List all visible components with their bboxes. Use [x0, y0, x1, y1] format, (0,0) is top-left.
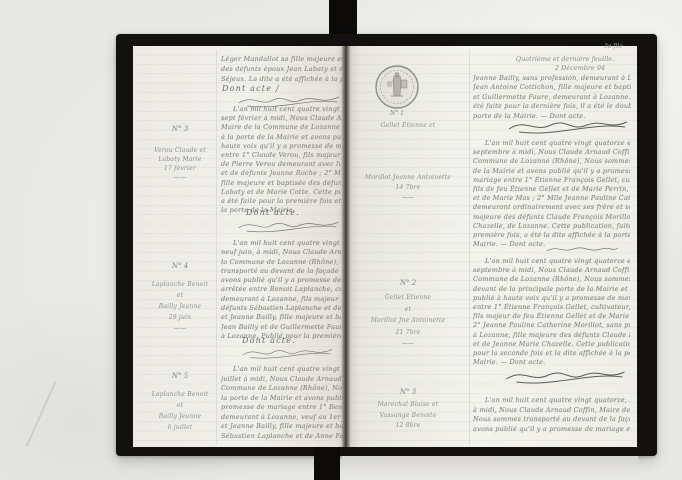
handwritten-line: Commune de Lozanne (Rhône), Nous sommes …: [473, 275, 630, 284]
handwritten-line: Chazelle, de Lozanne. Cette publication,…: [473, 222, 630, 231]
register-entry-text: L'an mil huit cent quatre vingt quatorze…: [221, 365, 343, 441]
handwritten-line: à Lozanne, fille majeure des défunts Cla…: [473, 331, 630, 340]
handwritten-line: à la porte de la Mairie et avons publié …: [221, 133, 341, 142]
entry-number: N° 2: [352, 279, 464, 287]
closing-dont-acte: Dont acte.: [246, 208, 300, 217]
handwritten-line: fils de feu Étienne Gellet et de Marie P…: [473, 185, 630, 194]
folio-note: 3e flle: [604, 43, 623, 50]
entry-number: N° 4: [138, 262, 222, 270]
handwritten-line: entre 1° Claude Verou, fils majeur et ba…: [221, 151, 341, 160]
handwritten-line: et: [352, 306, 464, 318]
handwritten-line: et de Marie Mas ; 2° Mlle Jeanne Pauline…: [473, 194, 630, 203]
page-edges: [342, 456, 638, 478]
handwritten-line: promesse de mariage entre 1° Benoit Lapl…: [221, 403, 343, 413]
register-entry-text: L'an mil huit cent quatre vingt quatorze…: [221, 105, 341, 215]
handwritten-line: avons publié qu'il y a promesse de maria…: [221, 276, 341, 285]
left-continuation-text: Léger Mandallot sa fille majeure et bapt…: [221, 55, 343, 85]
handwritten-line: Bailly Jeanne: [138, 413, 222, 424]
handwritten-line: 6 juillet: [138, 424, 222, 435]
handwritten-line: a été faite pour la première fois et aff…: [221, 197, 341, 206]
handwritten-line: L'an mil huit cent quatre vingt quatorze…: [473, 139, 630, 148]
register-scan: Léger Mandallot sa fille majeure et bapt…: [0, 0, 682, 480]
handwritten-line: et: [138, 292, 222, 303]
handwritten-line: Maréchal Blaise et: [352, 401, 464, 412]
handwritten-line: L'an mil huit cent quatre vingt quatorze…: [221, 365, 343, 375]
register-entry-text: L'an mil huit cent quatre vingt quatorze…: [473, 139, 630, 249]
margin-note: Morillot Jeanne Antoinette14 7bre——: [352, 174, 464, 204]
handwritten-line: pour la seconde fois et la dite affichée…: [473, 349, 630, 358]
handwritten-line: Léger Mandallot sa fille majeure et bapt…: [221, 55, 343, 65]
entry-number: N° 3: [352, 388, 464, 396]
handwritten-line: entre 1° Étienne François Gellet, cultiv…: [473, 303, 630, 312]
margin-note: Laplanche BenoitetBailly Jeanne6 juillet: [138, 391, 222, 435]
margin-note: Verou Claude etLabaty Marie17 février——: [138, 147, 222, 183]
handwritten-line: devant de la principale porte de la Mair…: [473, 285, 630, 294]
handwritten-line: à midi, Nous Claude Arnaud Coffin, Maire…: [473, 406, 630, 416]
signature-flourish: [505, 116, 630, 136]
margin-note: Gellet ÉtienneetMorillot Jne Antoinette2…: [352, 294, 464, 352]
margin-note: Laplanche BenoitetBailly Jeanne29 juin——: [138, 281, 222, 336]
handwritten-line: Commune de Lozanne (Rhône), Nous sommes …: [473, 157, 630, 166]
handwritten-line: Bailly Jeanne: [138, 303, 222, 314]
handwritten-line: été faite pour la dernière fois, il a ét…: [473, 102, 631, 111]
signature-flourish: [545, 244, 620, 255]
margin-note-names: Gellet Étienne et: [381, 122, 436, 129]
handwritten-line: ——: [138, 174, 222, 183]
handwritten-line: majeure des défunts Claude François Mori…: [473, 213, 630, 222]
handwritten-line: fils majeur de feu Étienne Gellet et de …: [473, 312, 630, 321]
handwritten-line: la porte de la Mairie et avons publié à …: [221, 394, 343, 404]
handwritten-line: septembre à midi, Nous Claude Arnaud Cof…: [473, 148, 630, 157]
handwritten-line: fille majeure et baptisée des défunts Je…: [221, 179, 341, 188]
round-stamp-icon: [374, 64, 420, 110]
handwritten-line: 29 juin: [138, 314, 222, 325]
handwritten-line: et Jeanne Bailly, fille majeure et bapti…: [221, 313, 341, 322]
handwritten-line: Vassange Benoite: [352, 412, 464, 423]
handwritten-line: Laplanche Benoit: [138, 391, 222, 402]
handwritten-line: mariage entre 1° Étienne François Gellet…: [473, 176, 630, 185]
signature-flourish: [500, 366, 630, 386]
handwritten-line: ——: [138, 325, 222, 336]
handwritten-line: et Guillermette Faure, demeurant à Lozan…: [473, 93, 631, 102]
book-clasp-bottom: [314, 446, 340, 480]
handwritten-line: première fois, a été la dite affichée à …: [473, 231, 630, 240]
handwritten-line: Verou Claude et: [138, 147, 222, 156]
handwritten-line: L'an mil huit cent quatre vingt quatorze…: [473, 396, 630, 406]
register-entry-text: L'an mil huit cent quatre vingt quatorze…: [473, 396, 630, 434]
handwritten-line: et de Jeanne Marie Chazelle. Cette publi…: [473, 340, 630, 349]
entry-number: N° 1: [374, 110, 420, 117]
register-entry-text: L'an mil huit cent quatre vingt quatorze…: [221, 239, 341, 341]
left-margin-rule: [216, 50, 217, 445]
handwritten-line: 17 février: [138, 165, 222, 174]
handwritten-line: demeurant à Lozanne, veuf au 1er mariage…: [221, 413, 343, 423]
handwritten-line: Labaty Marie: [138, 156, 222, 165]
handwritten-line: demeurant ordinairement avec ses frère e…: [473, 203, 630, 212]
handwritten-line: L'an mil huit cent quatre vingt quatorze…: [473, 257, 630, 266]
page-header-title: Quatrième et dernière feuille.: [495, 55, 635, 63]
handwritten-line: la Commune de Lozanne (Rhône), Nous somm…: [221, 258, 341, 267]
handwritten-line: neuf juin, à midi, Nous Claude Arnaud Co…: [221, 248, 341, 257]
handwritten-line: sept février à midi, Nous Claude Arnaud …: [221, 114, 341, 123]
closing-dont-acte: Dont acte.: [242, 336, 296, 345]
handwritten-line: de la Mairie et avons publié qu'il y a p…: [473, 167, 630, 176]
handwritten-line: arrêtée entre Benoit Laplanche, cultivat…: [221, 285, 341, 294]
handwritten-line: transporté au devant de la façade de la …: [221, 267, 341, 276]
signature-flourish: [238, 345, 338, 361]
handwritten-line: Morillot Jeanne Antoinette: [352, 174, 464, 184]
right-margin-rule: [469, 50, 470, 445]
handwritten-line: 14 7bre: [352, 184, 464, 194]
entry-number: N° 5: [138, 372, 222, 380]
handwritten-line: haute voix qu'il y a promesse de mariage: [221, 142, 341, 151]
handwritten-line: de Pierre Verou demeurant avec lui à Loz…: [221, 160, 341, 169]
handwritten-line: Morillot Jne Antoinette: [352, 317, 464, 329]
handwritten-line: L'an mil huit cent quatre vingt quatorze…: [221, 105, 341, 114]
margin-note: Maréchal Blaise etVassange Benoite12 8br…: [352, 401, 464, 433]
page-header-date: 2 Décembre 94: [525, 64, 635, 72]
handwritten-line: publié à haute voix qu'il y a promesse d…: [473, 294, 630, 303]
handwritten-line: demeurant à Lozanne, fils majeur et bapt…: [221, 295, 341, 304]
handwritten-line: Labaty et de Marie Cotte. Cette publicat…: [221, 188, 341, 197]
handwritten-line: 2° Jeanne Pauline Catherine Morillot, sa…: [473, 321, 630, 330]
handwritten-line: septembre à midi, Nous Claude Arnaud Cof…: [473, 266, 630, 275]
handwritten-line: défunts Sébastien Laplanche et de Anne F…: [221, 304, 341, 313]
handwritten-line: Laplanche Benoit: [138, 281, 222, 292]
handwritten-line: Jeanne Bailly, sans profession, demeuran…: [473, 74, 631, 83]
register-entry-text: L'an mil huit cent quatre vingt quatorze…: [473, 257, 630, 367]
handwritten-line: Jean Bailly et de Guillermette Faure, de…: [221, 323, 341, 332]
handwritten-line: ——: [352, 340, 464, 352]
right-continuation-text: Jeanne Bailly, sans profession, demeuran…: [473, 74, 631, 121]
handwritten-line: L'an mil huit cent quatre vingt quatorze…: [221, 239, 341, 248]
handwritten-line: et de défunte Jeanne Roche ; 2° Marie La…: [221, 169, 341, 178]
handwritten-line: ——: [352, 194, 464, 204]
handwritten-line: des défunts époux Jean Labaty et de Mari…: [221, 65, 343, 75]
handwritten-line: juillet à midi, Nous Claude Arnaud Coffi…: [221, 375, 343, 385]
handwritten-line: Maire de la Commune de Lozanne (Rhône), …: [221, 123, 341, 132]
entry-number: N° 3: [138, 125, 222, 133]
handwritten-line: et: [138, 402, 222, 413]
handwritten-line: 21 7bre: [352, 329, 464, 341]
handwritten-line: Gellet Étienne: [352, 294, 464, 306]
handwritten-line: Commune de Lozanne (Rhône), Nous sommes …: [221, 384, 343, 394]
handwritten-line: 12 8bre: [352, 422, 464, 433]
handwritten-line: Nous sommes transporté au devant de la f…: [473, 415, 630, 425]
handwritten-line: Jean Antoine Cottichon, fille majeure et…: [473, 83, 631, 92]
background-crease: [25, 381, 56, 447]
signature-flourish: [234, 217, 344, 235]
handwritten-line: avons publié qu'il y a promesse de maria…: [473, 425, 630, 435]
margin-note: Gellet Étienne et: [352, 122, 464, 129]
handwritten-line: et Jeanne Bailly, fille majeure et bapti…: [221, 422, 343, 432]
handwritten-line: Sébastien Laplanche et de Anne Favre, de…: [221, 432, 343, 442]
